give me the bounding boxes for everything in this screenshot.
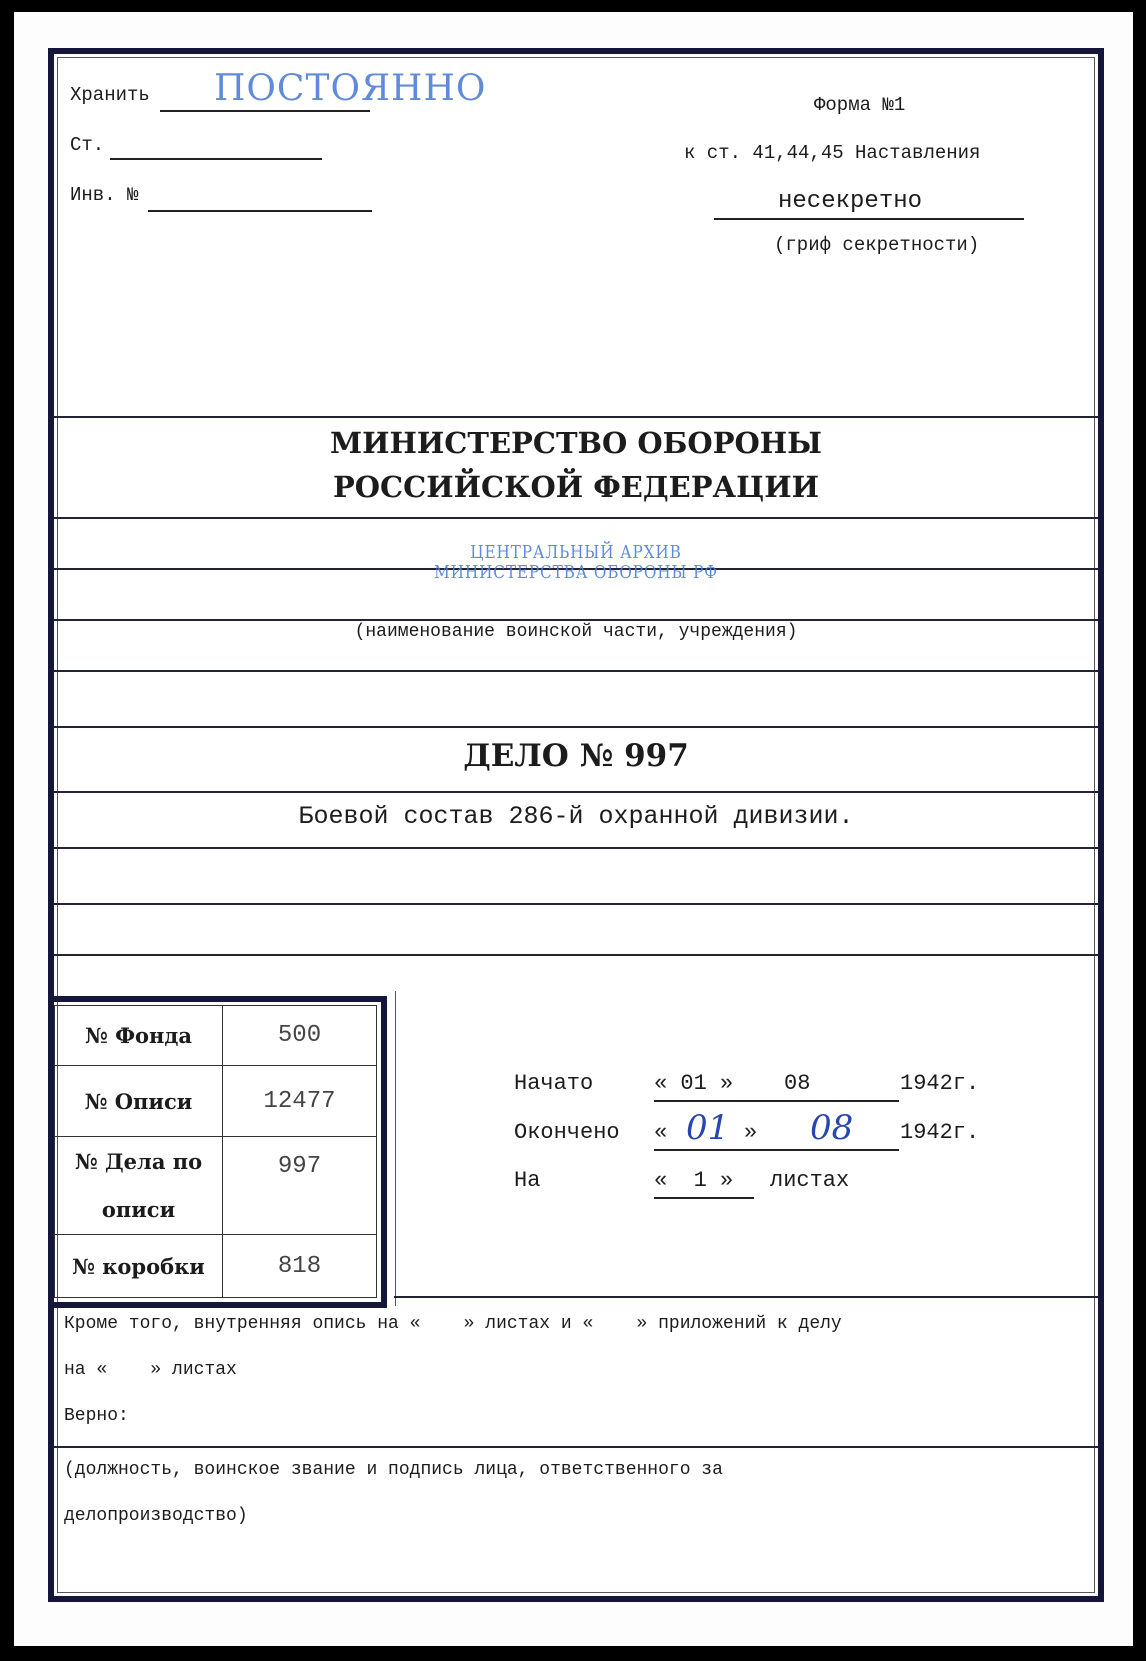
keep-underline	[160, 110, 370, 112]
ended-close-quote: »	[744, 1120, 757, 1145]
rule-line	[54, 1446, 1098, 1448]
signature-caption-1: (должность, воинское звание и подпись ли…	[64, 1460, 723, 1480]
rule-line	[54, 903, 1098, 905]
delo-value: 997	[223, 1137, 377, 1235]
ended-month-handwritten: 08	[810, 1108, 853, 1148]
sheets-suffix: листах	[770, 1168, 849, 1193]
rule-line	[54, 670, 1098, 672]
st-label: Ст.	[70, 134, 104, 156]
rule-line	[54, 726, 1098, 728]
form-number: Форма №1	[814, 94, 905, 116]
internal-inventory-sheets-line: на « » листах	[64, 1360, 237, 1380]
rule-line	[54, 517, 1098, 519]
ended-underline	[654, 1149, 899, 1151]
opis-value: 12477	[223, 1066, 377, 1137]
started-label: Начато	[514, 1071, 593, 1096]
ended-year: 1942г.	[900, 1120, 979, 1145]
archive-stamp-line-2: МИНИСТЕРСТВА ОБОРОНЫ РФ	[132, 562, 1019, 583]
classification-value: несекретно	[778, 188, 922, 215]
rule-line	[54, 954, 1098, 956]
rule-line	[54, 847, 1098, 849]
box-label: № коробки	[55, 1235, 223, 1298]
inv-underline	[148, 210, 372, 212]
opis-label: № Описи	[55, 1066, 223, 1137]
keep-value-stamp: ПОСТОЯННО	[214, 68, 486, 109]
rule-line	[54, 619, 1098, 621]
archive-table-box: № Фонда 500 № Описи 12477 № Дела по опис…	[51, 996, 387, 1308]
delo-label: № Дела по описи	[55, 1137, 223, 1235]
unit-caption: (наименование воинской части, учреждения…	[54, 622, 1098, 642]
started-month: 08	[784, 1071, 810, 1096]
archive-table: № Фонда 500 № Описи 12477 № Дела по опис…	[54, 1005, 377, 1298]
sheets-value: « 1 »	[654, 1168, 733, 1193]
fond-label: № Фонда	[55, 1006, 223, 1066]
table-row: № Описи 12477	[55, 1066, 377, 1137]
rule-line	[54, 416, 1098, 418]
internal-inventory-line: Кроме того, внутренняя опись на « » лист…	[64, 1314, 842, 1334]
started-year: 1942г.	[900, 1071, 979, 1096]
classification-caption: (гриф секретности)	[774, 234, 979, 256]
ended-open-quote: «	[654, 1120, 667, 1145]
form-frame: Хранить ПОСТОЯННО Ст. Инв. № Форма №1 к …	[48, 48, 1104, 1602]
archive-stamp-line-1: ЦЕНТРАЛЬНЫЙ АРХИВ	[132, 542, 1019, 563]
st-underline	[110, 158, 322, 160]
ended-day-handwritten: 01	[686, 1108, 729, 1148]
started-underline	[654, 1100, 899, 1102]
signature-caption-2: делопроизводство)	[64, 1506, 248, 1526]
verified-label: Верно:	[64, 1406, 129, 1426]
table-row: № Дела по описи 997	[55, 1137, 377, 1235]
box-value: 818	[223, 1235, 377, 1298]
form-reference: к ст. 41,44,45 Наставления	[684, 142, 980, 164]
rule-line	[394, 1296, 1098, 1298]
ended-label: Окончено	[514, 1120, 620, 1145]
sheets-underline	[654, 1197, 754, 1199]
started-day: « 01 »	[654, 1071, 733, 1096]
case-description: Боевой состав 286-й охранной дивизии.	[54, 802, 1098, 831]
ministry-line-2: РОССИЙСКОЙ ФЕДЕРАЦИИ	[54, 470, 1098, 504]
classification-underline	[714, 218, 1024, 220]
table-row: № коробки 818	[55, 1235, 377, 1298]
fond-value: 500	[223, 1006, 377, 1066]
case-title: ДЕЛО № 997	[54, 738, 1098, 774]
table-row: № Фонда 500	[55, 1006, 377, 1066]
rule-line	[54, 791, 1098, 793]
keep-label: Хранить	[70, 84, 150, 106]
scanned-page: Хранить ПОСТОЯННО Ст. Инв. № Форма №1 к …	[14, 12, 1133, 1646]
sheets-label: На	[514, 1168, 540, 1193]
ministry-line-1: МИНИСТЕРСТВО ОБОРОНЫ	[54, 426, 1098, 460]
inv-label: Инв. №	[70, 184, 138, 206]
